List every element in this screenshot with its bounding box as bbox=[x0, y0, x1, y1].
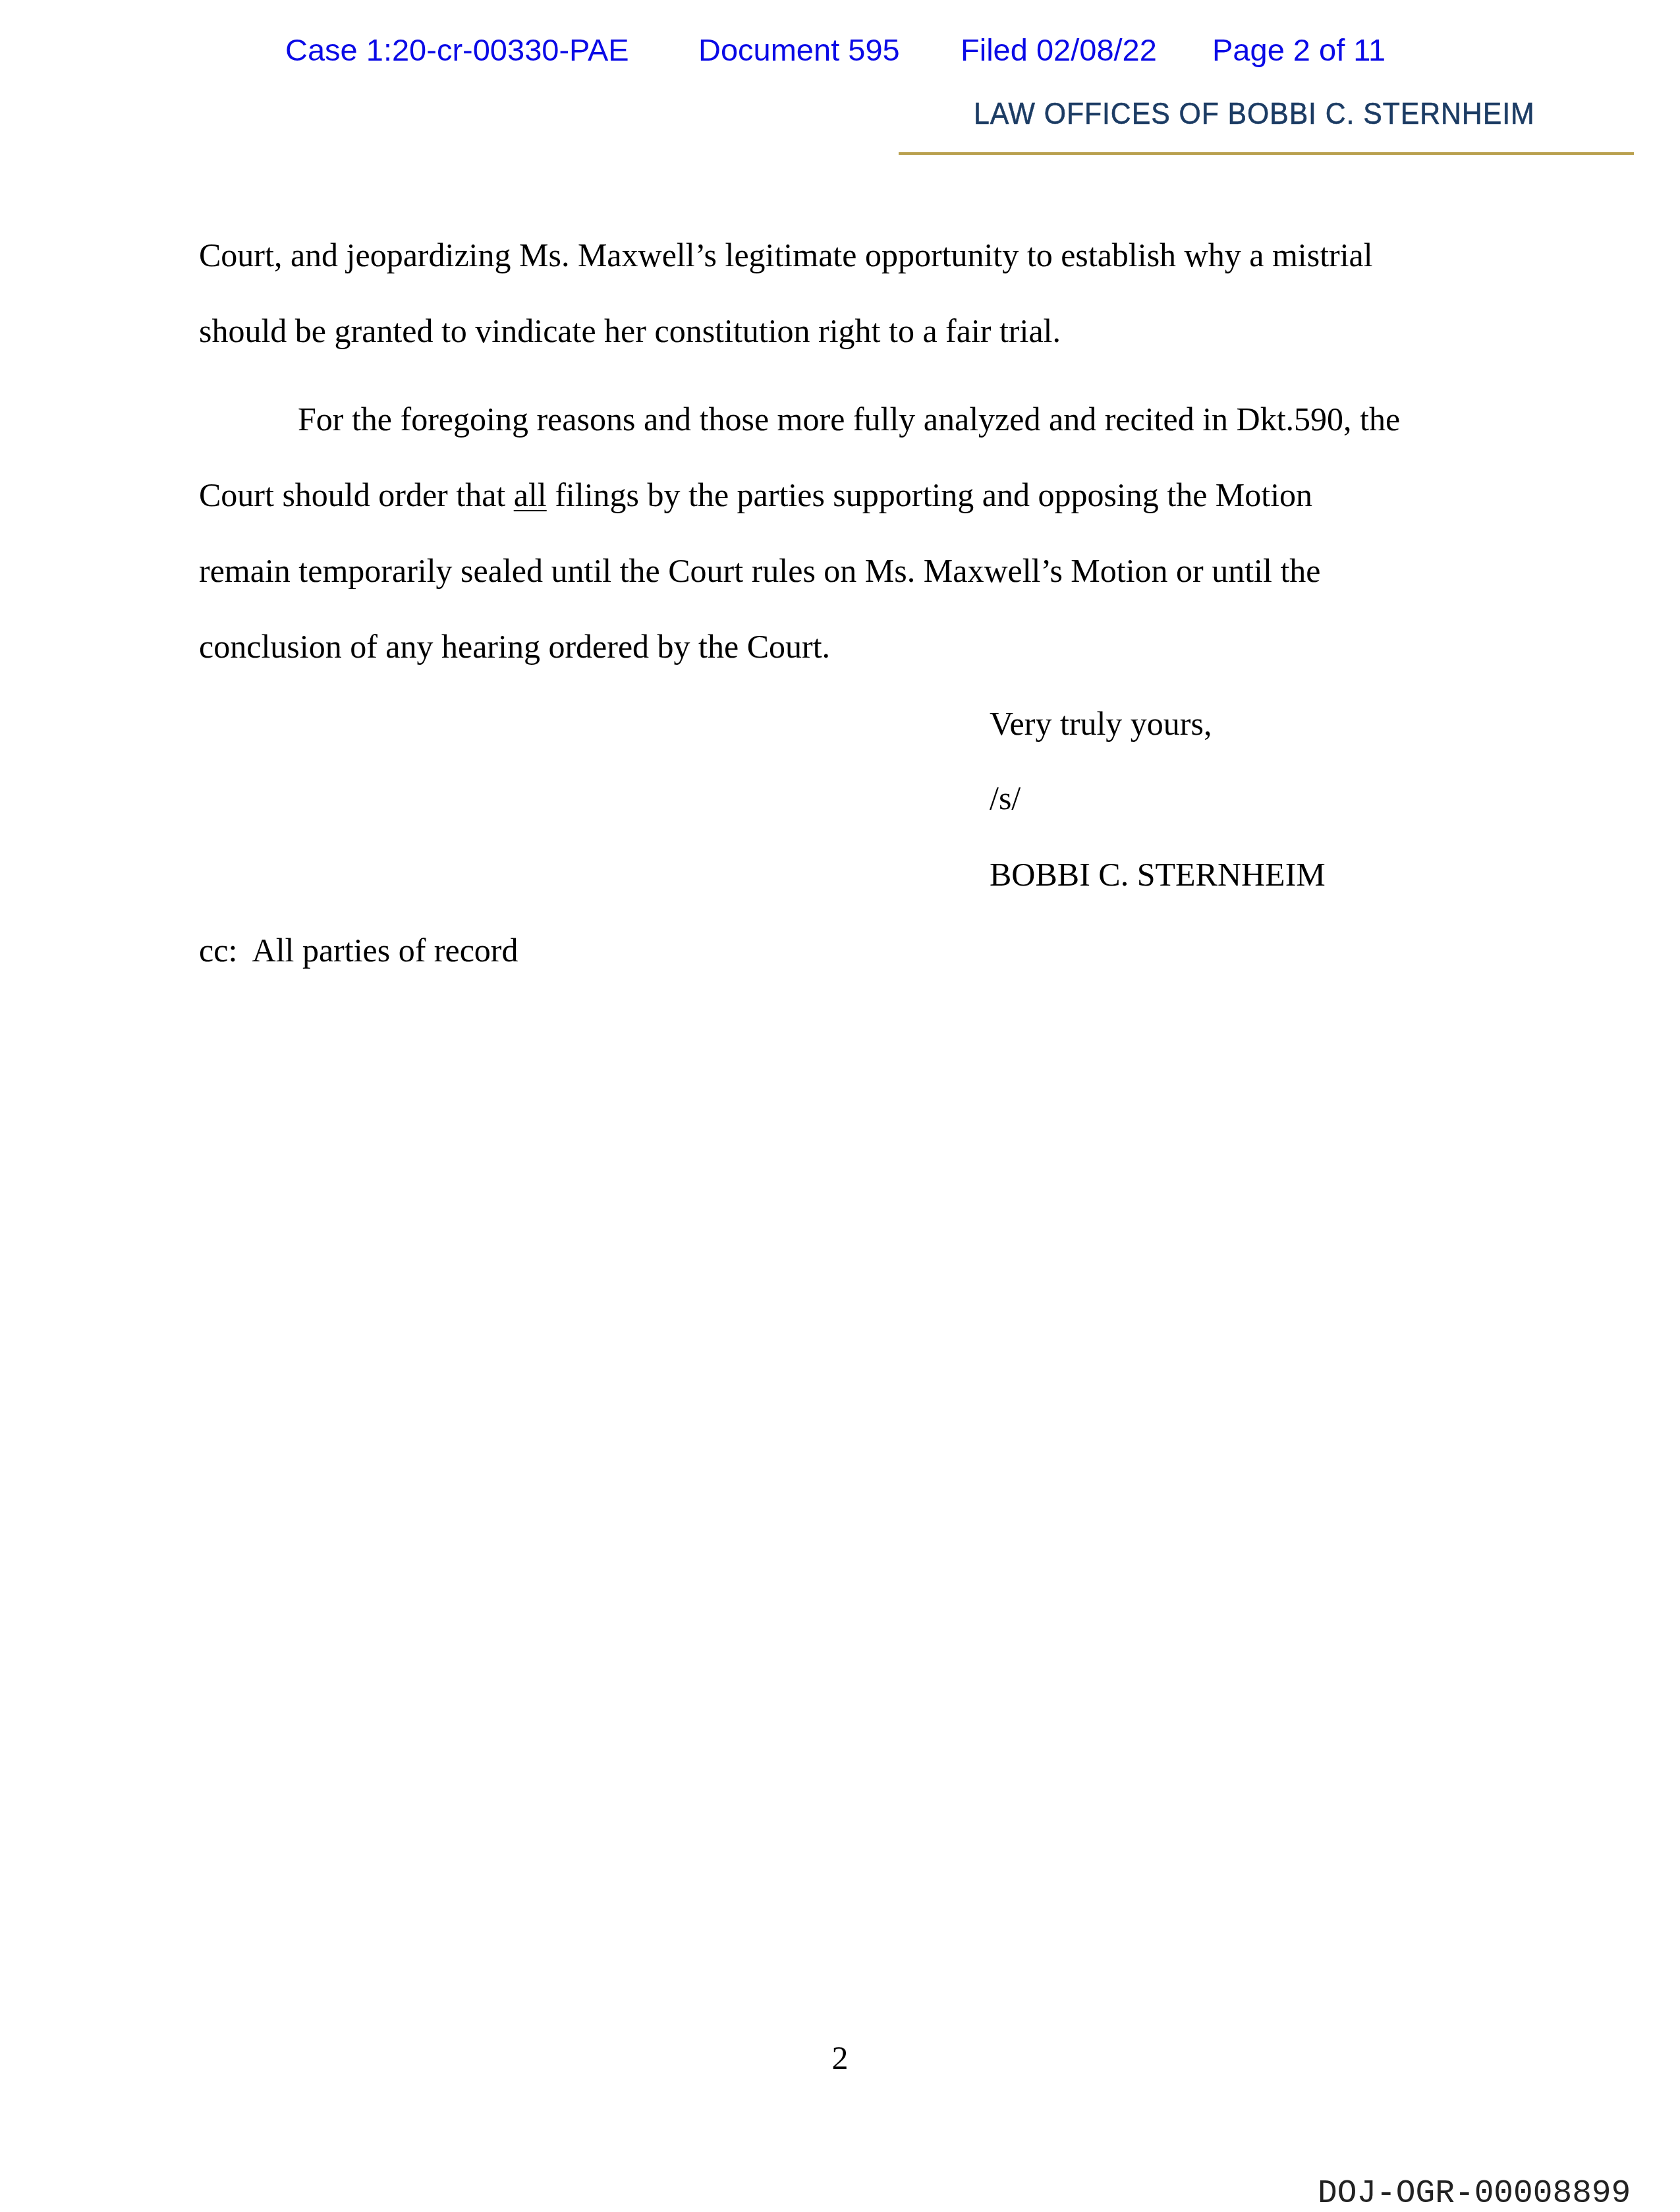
body-line: For the foregoing reasons and those more… bbox=[298, 403, 1400, 436]
signature-mark: /s/ bbox=[990, 781, 1021, 814]
underlined-word-all: all bbox=[514, 476, 547, 513]
ecf-page-count: Page 2 of 11 bbox=[1212, 34, 1386, 65]
body-line: remain temporarily sealed until the Cour… bbox=[199, 554, 1321, 587]
letterhead-firm-name: LAW OFFICES OF BOBBI C. STERNHEIM bbox=[974, 98, 1535, 128]
ecf-case-number: Case 1:20-cr-00330-PAE bbox=[285, 34, 629, 65]
body-line: Court, and jeopardizing Ms. Maxwell’s le… bbox=[199, 239, 1373, 271]
cc-line: cc: All parties of record bbox=[199, 934, 518, 967]
ecf-filed-date: Filed 02/08/22 bbox=[961, 34, 1157, 65]
body-line: conclusion of any hearing ordered by the… bbox=[199, 630, 830, 663]
body-line: Court should order that all filings by t… bbox=[199, 478, 1312, 511]
ecf-document-number: Document 595 bbox=[698, 34, 900, 65]
body-line: should be granted to vindicate her const… bbox=[199, 314, 1061, 347]
signature-name: BOBBI C. STERNHEIM bbox=[990, 858, 1326, 891]
letterhead-rule bbox=[899, 152, 1634, 155]
body-text: Court should order that bbox=[199, 476, 514, 513]
document-page: Case 1:20-cr-00330-PAE Document 595 File… bbox=[0, 0, 1680, 2212]
body-text: filings by the parties supporting and op… bbox=[547, 476, 1312, 513]
bates-number: DOJ-OGR-00008899 bbox=[1318, 2177, 1631, 2210]
page-number: 2 bbox=[824, 2041, 856, 2074]
signature-closing: Very truly yours, bbox=[990, 707, 1212, 740]
